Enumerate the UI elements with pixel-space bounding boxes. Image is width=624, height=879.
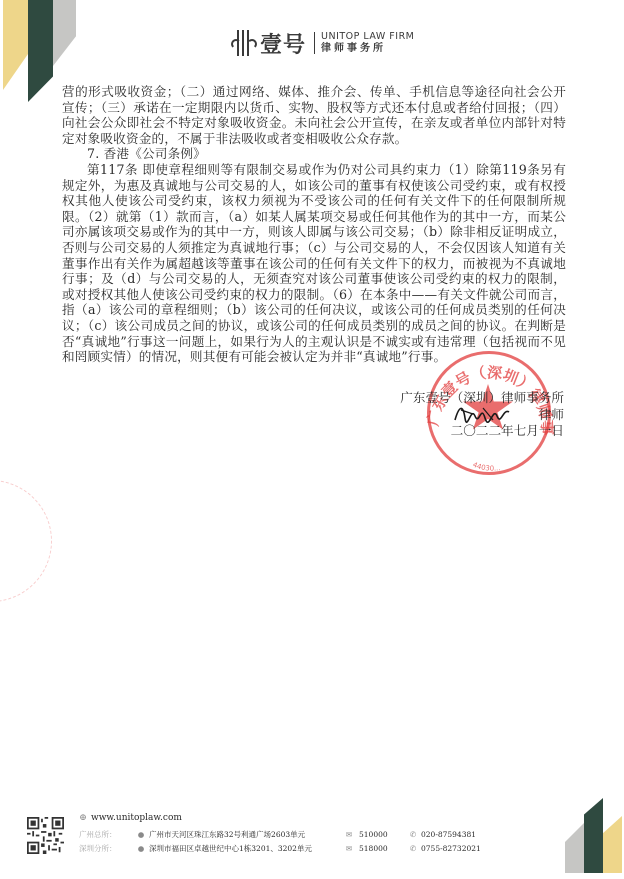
location-pin-icon: ● bbox=[137, 844, 145, 853]
decoration-stripe-gray bbox=[565, 823, 584, 873]
paragraph: 营的形式吸收资金；（二）通过网络、媒体、推介会、传单、手机信息等途径向社会公开宣… bbox=[62, 84, 566, 146]
globe-icon: ⊕ bbox=[79, 813, 87, 823]
section-heading: 7. 香港《公司条例》 bbox=[62, 146, 566, 162]
footer-office-row-guangzhou: 广州总所： ● 广州市天河区珠江东路32号利通广场2603单元 ✉ 510000… bbox=[79, 829, 476, 840]
office-address: 深圳市福田区卓越世纪中心1栋3201、3202单元 bbox=[149, 843, 345, 854]
corner-decoration-bottom-right bbox=[560, 790, 624, 879]
mail-icon: ✉ bbox=[345, 844, 353, 853]
firm-logo: 壹号 UNITOP LAW FIRM 律师事务所 bbox=[232, 29, 414, 57]
phone-icon: ✆ bbox=[409, 844, 417, 853]
paragraph: 第117条 即使章程细则等有限制交易或作为仍对公司具约束力（1）除第119条另有… bbox=[62, 162, 566, 365]
mail-icon: ✉ bbox=[345, 830, 353, 839]
phone-icon: ✆ bbox=[409, 830, 417, 839]
decoration-stripe-yellow bbox=[603, 816, 622, 873]
signing-date: 二〇二二年七月一日 bbox=[400, 423, 564, 440]
office-postcode: 518000 bbox=[359, 844, 409, 853]
logo-subtitle: 律师事务所 bbox=[321, 43, 414, 55]
decoration-stripe-green bbox=[584, 798, 603, 873]
logo-chinese-name: 壹号 bbox=[260, 28, 306, 59]
website-link[interactable]: www.unitoplaw.com bbox=[91, 813, 182, 823]
handwritten-signature bbox=[453, 402, 511, 424]
logo-english-name: UNITOP LAW FIRM bbox=[321, 31, 414, 43]
office-address: 广州市天河区珠江东路32号利通广场2603单元 bbox=[149, 829, 345, 840]
office-label: 深圳分所： bbox=[79, 843, 137, 854]
logo-divider bbox=[314, 32, 315, 54]
decoration-stripe-yellow bbox=[3, 0, 28, 90]
office-label: 广州总所： bbox=[79, 829, 137, 840]
decoration-stripe-gray bbox=[53, 0, 76, 66]
decoration-stripe-green bbox=[28, 0, 53, 102]
office-phone: 0755-82732021 bbox=[421, 844, 481, 853]
office-phone: 020-87594381 bbox=[421, 830, 476, 839]
footer-website-row: ⊕ www.unitoplaw.com bbox=[79, 813, 182, 823]
logo-mark-icon bbox=[232, 30, 254, 56]
office-postcode: 510000 bbox=[359, 830, 409, 839]
faint-stamp-mark bbox=[0, 480, 52, 602]
document-body: 营的形式吸收资金；（二）通过网络、媒体、推介会、传单、手机信息等途径向社会公开宣… bbox=[62, 84, 566, 365]
qr-code[interactable] bbox=[27, 817, 64, 854]
location-pin-icon: ● bbox=[137, 830, 145, 839]
footer-office-row-shenzhen: 深圳分所： ● 深圳市福田区卓越世纪中心1栋3201、3202单元 ✉ 5180… bbox=[79, 843, 481, 854]
